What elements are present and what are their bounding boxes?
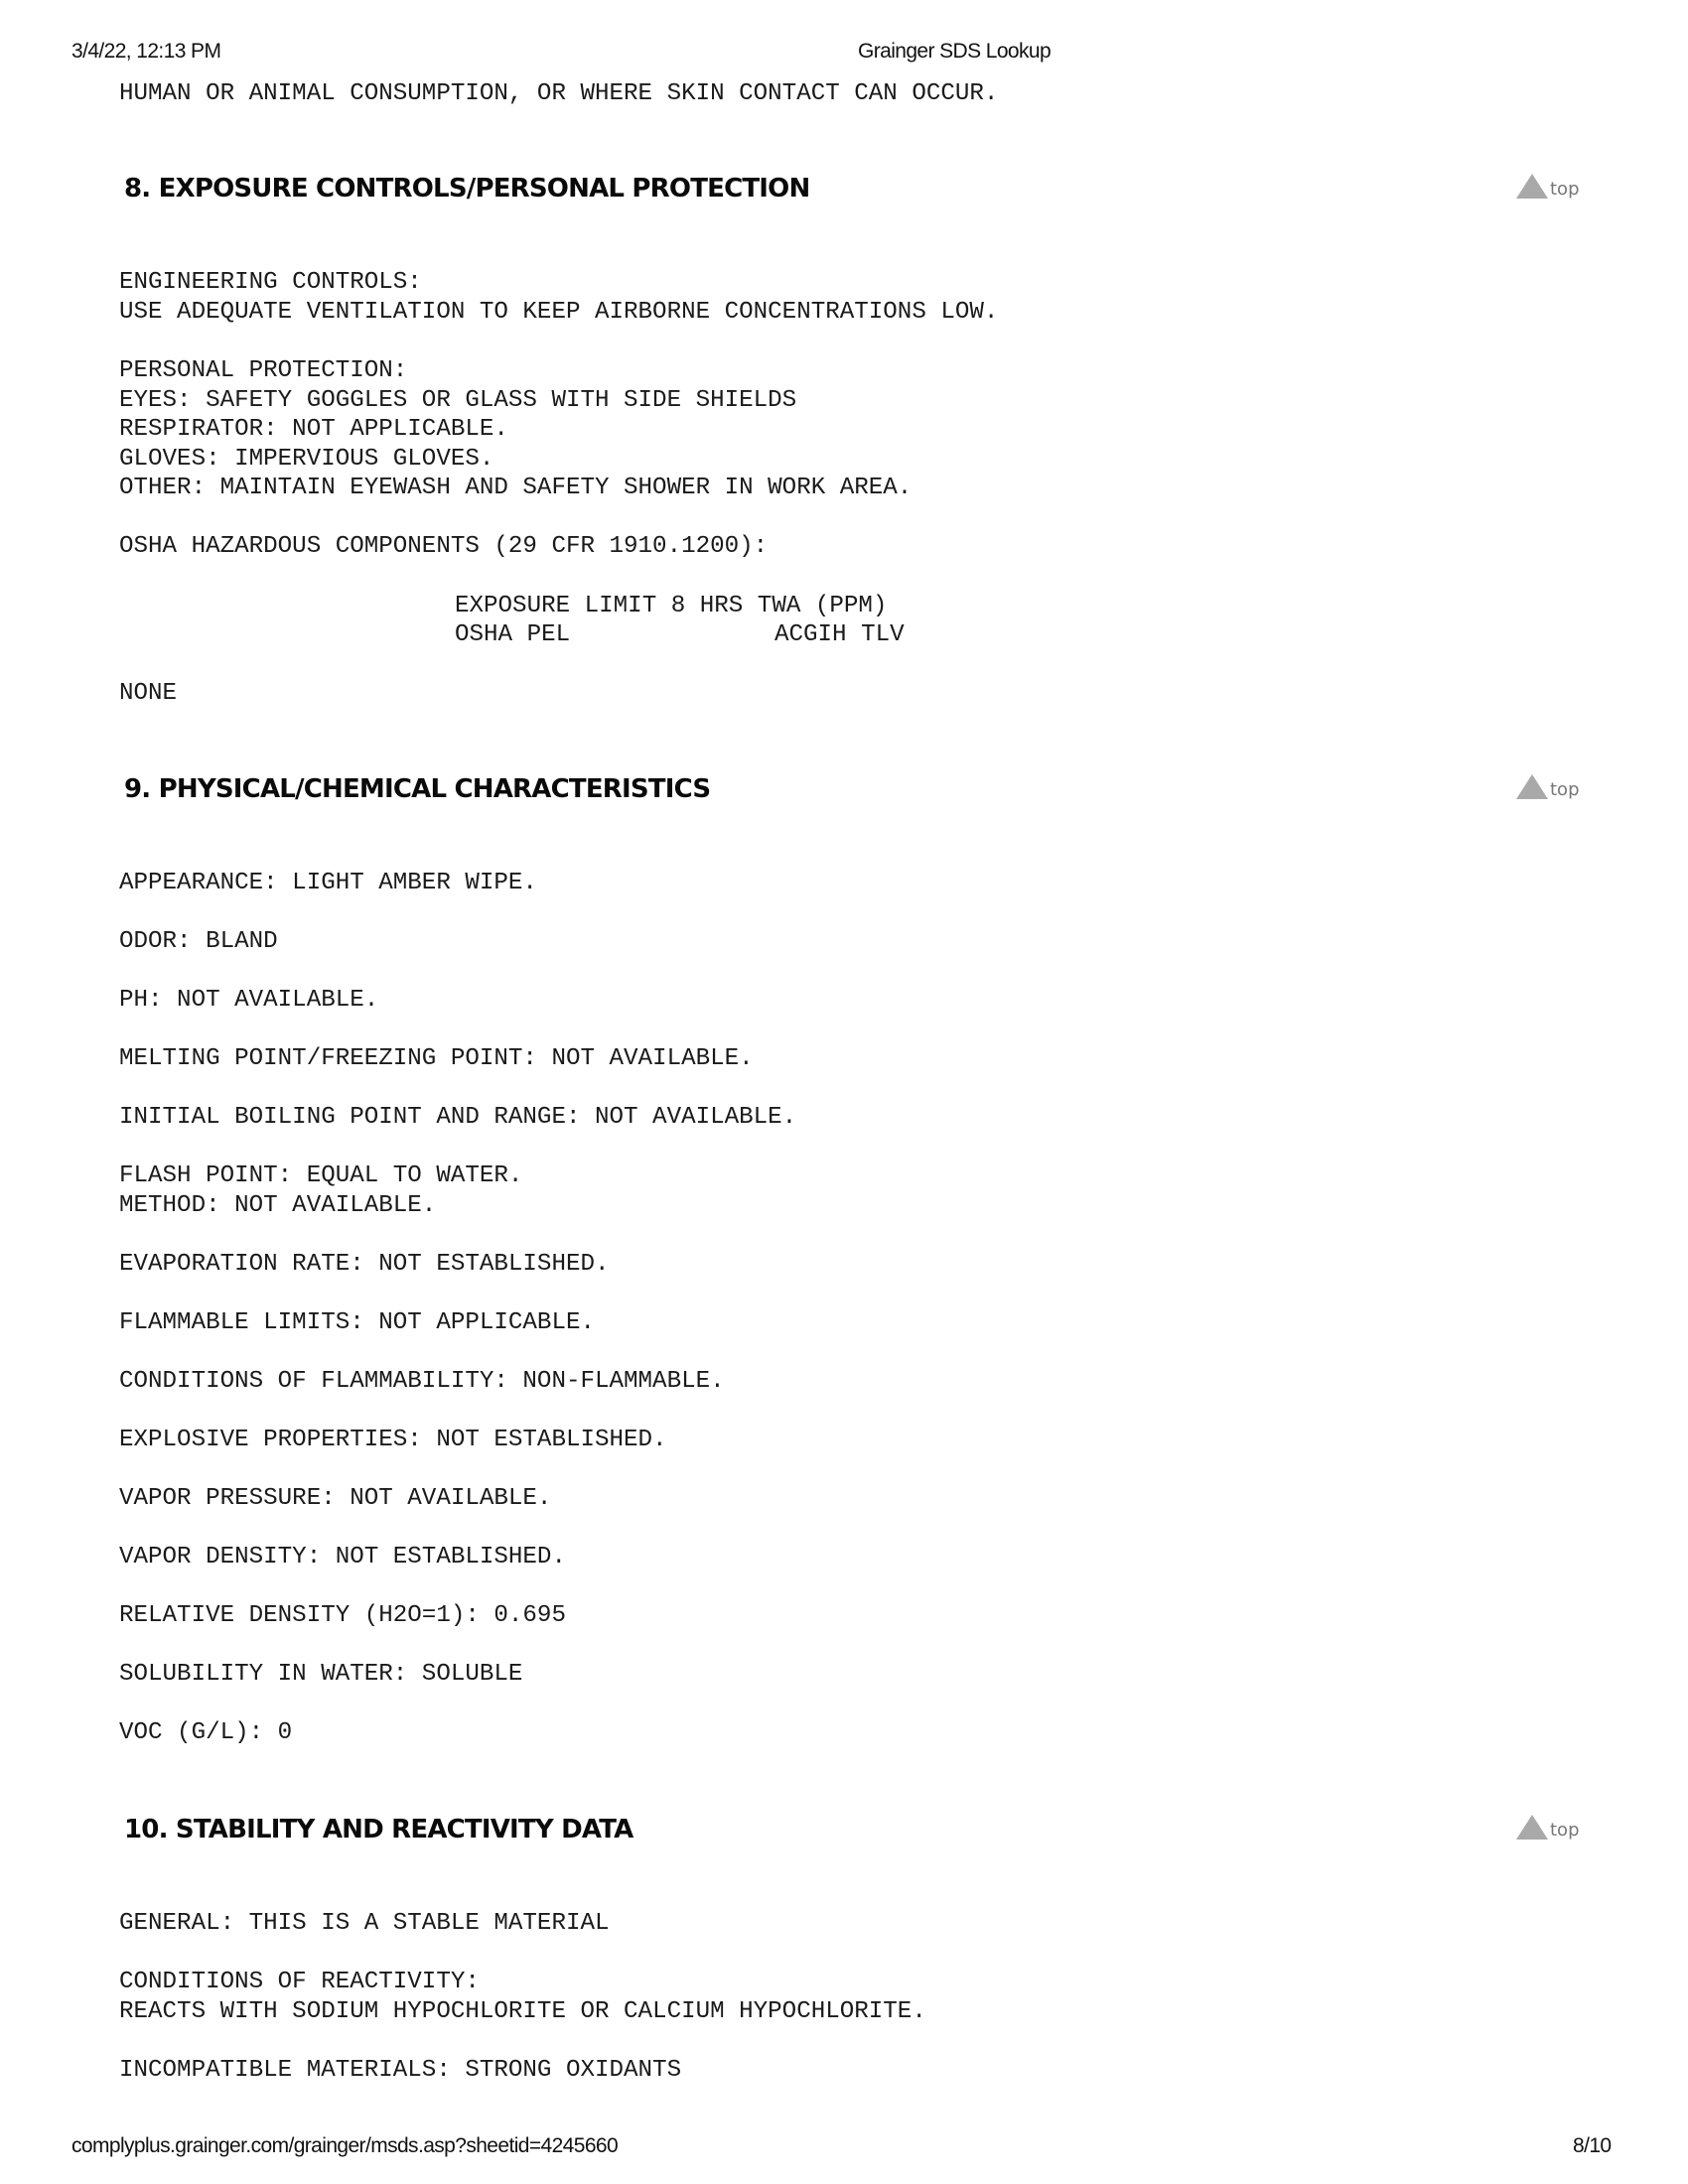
property-explosive-properties: EXPLOSIVE PROPERTIES: NOT ESTABLISHED.	[119, 1426, 667, 1455]
property-evaporation-rate: EVAPORATION RATE: NOT ESTABLISHED.	[119, 1250, 610, 1280]
up-triangle-icon	[1516, 1815, 1548, 1840]
reactivity-conditions-label: CONDITIONS OF REACTIVITY:	[119, 1968, 480, 1997]
reactivity-conditions-text: REACTS WITH SODIUM HYPOCHLORITE OR CALCI…	[119, 1997, 926, 2027]
property-vapor-pressure: VAPOR PRESSURE: NOT AVAILABLE.	[119, 1484, 551, 1514]
back-to-top-link[interactable]: top	[1516, 1815, 1580, 1840]
property-flash-point-method: METHOD: NOT AVAILABLE.	[119, 1191, 436, 1221]
property-vapor-density: VAPOR DENSITY: NOT ESTABLISHED.	[119, 1543, 566, 1572]
section-10-title: 10. STABILITY AND REACTIVITY DATA	[124, 1815, 633, 1844]
property-relative-density: RELATIVE DENSITY (H2O=1): 0.695	[119, 1601, 566, 1631]
engineering-controls-text: USE ADEQUATE VENTILATION TO KEEP AIRBORN…	[119, 298, 998, 328]
print-footer-url: complyplus.grainger.com/grainger/msds.as…	[71, 2134, 618, 2158]
property-voc: VOC (G/L): 0	[119, 1718, 292, 1748]
personal-protection-label: PERSONAL PROTECTION:	[119, 356, 407, 386]
exposure-limit-header: EXPOSURE LIMIT 8 HRS TWA (PPM)	[455, 592, 887, 621]
property-flammable-limits: FLAMMABLE LIMITS: NOT APPLICABLE.	[119, 1308, 595, 1338]
top-link-label: top	[1550, 1822, 1580, 1840]
property-flash-point: FLASH POINT: EQUAL TO WATER.	[119, 1161, 522, 1191]
section-8-title: 8. EXPOSURE CONTROLS/PERSONAL PROTECTION	[124, 174, 809, 204]
up-triangle-icon	[1516, 174, 1548, 199]
osha-components-label: OSHA HAZARDOUS COMPONENTS (29 CFR 1910.1…	[119, 532, 768, 562]
property-ph: PH: NOT AVAILABLE.	[119, 986, 378, 1016]
continuation-text: HUMAN OR ANIMAL CONSUMPTION, OR WHERE SK…	[119, 79, 998, 109]
stability-general: GENERAL: THIS IS A STABLE MATERIAL	[119, 1909, 610, 1939]
print-page-number: 8/10	[1573, 2134, 1611, 2158]
property-melting-point: MELTING POINT/FREEZING POINT: NOT AVAILA…	[119, 1044, 754, 1074]
property-boiling-point: INITIAL BOILING POINT AND RANGE: NOT AVA…	[119, 1103, 796, 1133]
other-protection: OTHER: MAINTAIN EYEWASH AND SAFETY SHOWE…	[119, 474, 912, 503]
incompatible-materials: INCOMPATIBLE MATERIALS: STRONG OXIDANTS	[119, 2056, 681, 2086]
back-to-top-link[interactable]: top	[1516, 774, 1580, 799]
section-9-title: 9. PHYSICAL/CHEMICAL CHARACTERISTICS	[124, 774, 710, 804]
respirator-protection: RESPIRATOR: NOT APPLICABLE.	[119, 415, 508, 445]
osha-pel-column: OSHA PEL	[455, 620, 570, 650]
print-page-title: Grainger SDS Lookup	[858, 40, 1051, 64]
property-odor: ODOR: BLAND	[119, 927, 278, 957]
eyes-protection: EYES: SAFETY GOGGLES OR GLASS WITH SIDE …	[119, 386, 796, 416]
hazardous-components-value: NONE	[119, 679, 177, 709]
property-appearance: APPEARANCE: LIGHT AMBER WIPE.	[119, 869, 537, 898]
back-to-top-link[interactable]: top	[1516, 174, 1580, 199]
gloves-protection: GLOVES: IMPERVIOUS GLOVES.	[119, 445, 493, 475]
up-triangle-icon	[1516, 774, 1548, 799]
acgih-tlv-column: ACGIH TLV	[774, 620, 905, 650]
top-link-label: top	[1550, 181, 1580, 199]
top-link-label: top	[1550, 781, 1580, 799]
property-solubility: SOLUBILITY IN WATER: SOLUBLE	[119, 1660, 522, 1690]
print-datetime: 3/4/22, 12:13 PM	[71, 40, 220, 64]
property-flammability-conditions: CONDITIONS OF FLAMMABILITY: NON-FLAMMABL…	[119, 1367, 725, 1397]
engineering-controls-label: ENGINEERING CONTROLS:	[119, 268, 422, 298]
